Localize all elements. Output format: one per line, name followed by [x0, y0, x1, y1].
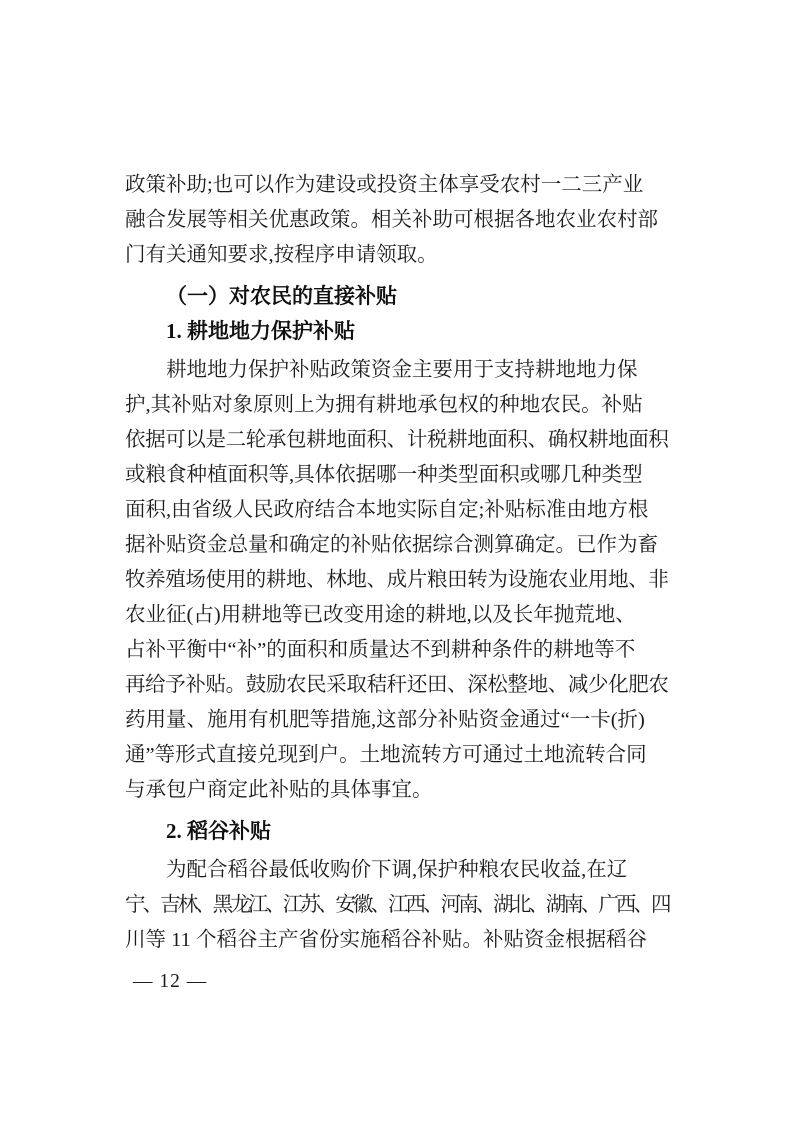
text-line: 与承包户商定此补贴的具体事宜。	[125, 773, 669, 808]
text-line: 农业征(占)用耕地等已改变用途的耕地,以及长年抛荒地、	[125, 598, 669, 633]
subsection-heading-rice-subsidy: 2. 稻谷补贴	[125, 814, 669, 849]
text-line: 宁、吉林、黑龙江、江苏、安徽、江西、河南、湖北、湖南、广西、四	[125, 888, 669, 923]
section-heading-direct-subsidies: （一）对农民的直接补贴	[125, 279, 669, 314]
text-line: 再给予补贴。鼓励农民采取秸秆还田、深松整地、减少化肥农	[125, 668, 669, 703]
text-line: 耕地地力保护补贴政策资金主要用于支持耕地地力保	[125, 353, 669, 388]
text-line: 川等 11 个稻谷主产省份实施稻谷补贴。补贴资金根据稻谷	[125, 923, 669, 958]
text-line: 政策补助;也可以作为建设或投资主体享受农村一二三产业	[125, 168, 669, 203]
text-line: 占补平衡中“补”的面积和质量达不到耕种条件的耕地等不	[125, 633, 669, 668]
text-line: 或粮食种植面积等,具体依据哪一种类型面积或哪几种类型	[125, 458, 669, 493]
text-line: 依据可以是二轮承包耕地面积、计税耕地面积、确权耕地面积	[125, 423, 669, 458]
text-line: 为配合稻谷最低收购价下调,保护种粮农民收益,在辽	[125, 853, 669, 888]
subsection-heading-arable-land-subsidy: 1. 耕地地力保护补贴	[125, 314, 669, 349]
page-text: 政策补助;也可以作为建设或投资主体享受农村一二三产业融合发展等相关优惠政策。相关…	[125, 168, 669, 958]
text-line: 门有关通知要求,按程序申请领取。	[125, 238, 669, 273]
text-line: 药用量、施用有机肥等措施,这部分补贴资金通过“一卡(折)	[125, 703, 669, 738]
text-line: 据补贴资金总量和确定的补贴依据综合测算确定。已作为畜	[125, 528, 669, 563]
document-page: 政策补助;也可以作为建设或投资主体享受农村一二三产业融合发展等相关优惠政策。相关…	[0, 0, 793, 1122]
page-number-label: — 12 —	[133, 971, 207, 992]
text-line: 通”等形式直接兑现到户。土地流转方可通过土地流转合同	[125, 738, 669, 773]
page-number: — 12 —	[133, 964, 207, 999]
text-line: 融合发展等相关优惠政策。相关补助可根据各地农业农村部	[125, 203, 669, 238]
text-line: 牧养殖场使用的耕地、林地、成片粮田转为设施农业用地、非	[125, 563, 669, 598]
text-line: 护,其补贴对象原则上为拥有耕地承包权的种地农民。补贴	[125, 388, 669, 423]
text-line: 面积,由省级人民政府结合本地实际自定;补贴标准由地方根	[125, 493, 669, 528]
